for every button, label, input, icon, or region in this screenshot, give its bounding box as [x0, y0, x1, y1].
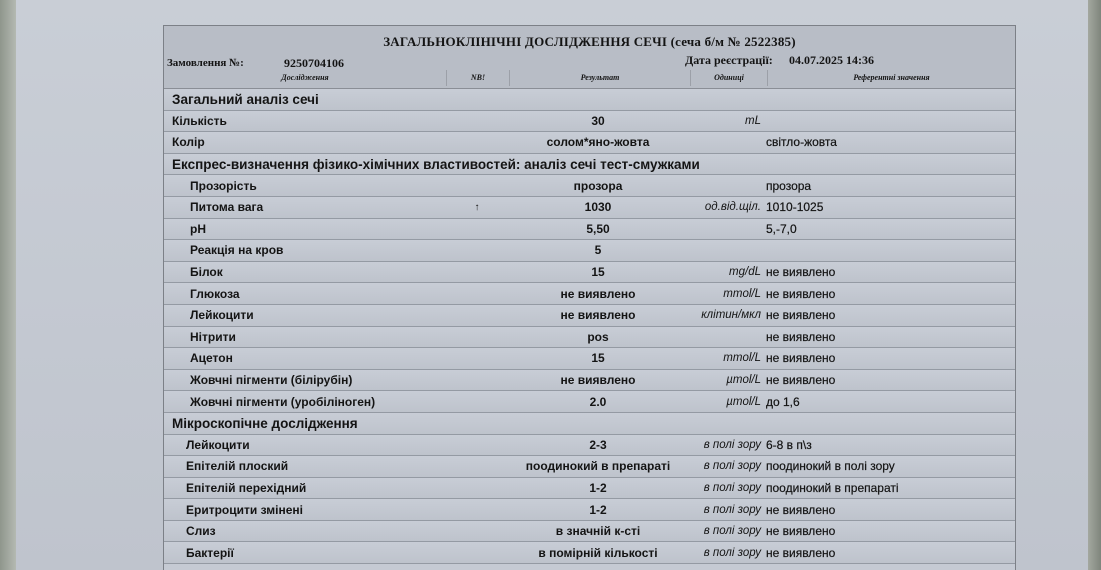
section-header: Мікроскопічне дослідження: [164, 413, 1015, 435]
test-result: в значній к-сті: [508, 524, 688, 538]
test-units: µmol/L: [688, 374, 764, 386]
reference-range: не виявлено: [764, 524, 1015, 538]
test-name: Колір: [164, 135, 446, 149]
table-row: Лейкоцитине виявленоклітин/мклне виявлен…: [164, 305, 1015, 327]
test-units: в полі зору: [688, 525, 764, 537]
test-result: в помірній кількості: [508, 546, 688, 560]
test-result: 5: [508, 243, 688, 257]
test-name: Питома вага: [164, 200, 446, 214]
table-row: Епітелій плоскийпоодинокий в препаратів …: [164, 456, 1015, 478]
reference-range: не виявлено: [764, 287, 1015, 301]
reference-range: не виявлено: [764, 351, 1015, 365]
reference-range: поодинокий в препараті: [764, 481, 1015, 495]
test-name: Бактерії: [164, 546, 446, 560]
test-name: Епітелій перехідний: [164, 481, 446, 495]
test-result: солом*яно-жовта: [508, 135, 688, 149]
background-surface: [0, 0, 16, 570]
test-result: 2-3: [508, 438, 688, 452]
test-result: 30: [508, 114, 688, 128]
table-row: Еритроцити змінені1-2в полі зоруне виявл…: [164, 499, 1015, 521]
order-number: 9250704106: [284, 56, 344, 71]
table-row: Прозорістьпрозорапрозора: [164, 175, 1015, 197]
reference-range: до 1,6: [764, 395, 1015, 409]
test-units: mL: [688, 115, 764, 127]
reference-range: не виявлено: [764, 546, 1015, 560]
table-row: Лейкоцити2-3в полі зору6-8 в п\з: [164, 435, 1015, 457]
test-result: 2.0: [508, 395, 688, 409]
column-header-result: Результат: [510, 70, 691, 86]
test-result: 15: [508, 351, 688, 365]
table-row: Питома вага↑1030од.від.щіл.1010-1025: [164, 197, 1015, 219]
test-name: Глюкоза: [164, 287, 446, 301]
table-row: Слизв значній к-стів полі зоруне виявлен…: [164, 521, 1015, 543]
test-name: Жовчні пігменти (білірубін): [164, 373, 446, 387]
registration-date: 04.07.2025 14:36: [789, 53, 874, 68]
column-header-test: Дослідження: [164, 70, 447, 86]
test-name: Лейкоцити: [164, 308, 446, 322]
column-header-units: Одиниці: [691, 70, 768, 86]
test-units: в полі зору: [688, 460, 764, 472]
test-units: в полі зору: [688, 547, 764, 559]
test-name: Ацетон: [164, 351, 446, 365]
test-units: в полі зору: [688, 504, 764, 516]
column-header-reference: Референтні значення: [768, 70, 1015, 86]
table-row: Колірсолом*яно-жовтасвітло-жовта: [164, 132, 1015, 154]
test-name: Прозорість: [164, 179, 446, 193]
reference-range: не виявлено: [764, 330, 1015, 344]
section-header: Загальний аналіз сечі: [164, 89, 1015, 111]
test-name: Слиз: [164, 524, 446, 538]
registration-date-label: Дата реєстрації:: [685, 53, 773, 68]
test-units: в полі зору: [688, 439, 764, 451]
table-row: Бактеріїв помірній кількостів полі зорун…: [164, 542, 1015, 564]
test-name: Реакція на кров: [164, 243, 446, 257]
reference-range: прозора: [764, 179, 1015, 193]
section-title: Експрес-визначення фізико-хімічних власт…: [164, 157, 1015, 172]
test-units: mg/dL: [688, 266, 764, 278]
test-result: прозора: [508, 179, 688, 193]
table-row: Реакція на кров5: [164, 240, 1015, 262]
section-title: Загальний аналіз сечі: [164, 92, 1015, 107]
reference-range: 5,-7,0: [764, 222, 1015, 236]
test-result: 15: [508, 265, 688, 279]
test-result: не виявлено: [508, 373, 688, 387]
column-headers: Дослідження NB! Результат Одиниці Рефере…: [164, 70, 1015, 86]
test-units: mmol/L: [688, 288, 764, 300]
urinalysis-report: ЗАГАЛЬНОКЛІНІЧНІ ДОСЛІДЖЕННЯ СЕЧІ (сеча …: [163, 25, 1016, 570]
test-units: од.від.щіл.: [688, 201, 764, 213]
results-table: Загальний аналіз сечіКількість30mLКолірс…: [164, 89, 1015, 564]
section-header: Експрес-визначення фізико-хімічних власт…: [164, 154, 1015, 176]
table-row: pH5,505,-7,0: [164, 219, 1015, 241]
column-header-nb: NB!: [447, 70, 510, 86]
test-units: mmol/L: [688, 352, 764, 364]
table-row: Епітелій перехідний1-2в полі зорупоодино…: [164, 478, 1015, 500]
test-result: не виявлено: [508, 287, 688, 301]
table-row: Нітритиposне виявлено: [164, 327, 1015, 349]
test-result: 1-2: [508, 503, 688, 517]
test-result: pos: [508, 330, 688, 344]
test-name: Кількість: [164, 114, 446, 128]
reference-range: не виявлено: [764, 308, 1015, 322]
order-number-label: Замовлення №:: [167, 57, 244, 69]
test-result: 5,50: [508, 222, 688, 236]
background-surface-right: [1088, 0, 1101, 570]
test-units: клітин/мкл: [688, 309, 764, 321]
reference-range: поодинокий в полі зору: [764, 459, 1015, 473]
test-name: Лейкоцити: [164, 438, 446, 452]
test-units: в полі зору: [688, 482, 764, 494]
reference-range: не виявлено: [764, 503, 1015, 517]
test-result: 1-2: [508, 481, 688, 495]
abnormal-flag: ↑: [446, 202, 508, 213]
test-units: µmol/L: [688, 396, 764, 408]
test-name: Еритроцити змінені: [164, 503, 446, 517]
table-row: Ацетон15mmol/Lне виявлено: [164, 348, 1015, 370]
test-name: Епітелій плоский: [164, 459, 446, 473]
test-name: pH: [164, 222, 446, 236]
report-header: ЗАГАЛЬНОКЛІНІЧНІ ДОСЛІДЖЕННЯ СЕЧІ (сеча …: [164, 26, 1015, 89]
reference-range: не виявлено: [764, 373, 1015, 387]
section-title: Мікроскопічне дослідження: [164, 416, 1015, 431]
reference-range: 1010-1025: [764, 200, 1015, 214]
test-result: 1030: [508, 200, 688, 214]
test-result: поодинокий в препараті: [508, 459, 688, 473]
table-row: Глюкозане виявленоmmol/Lне виявлено: [164, 283, 1015, 305]
reference-range: світло-жовта: [764, 135, 1015, 149]
table-row: Жовчні пігменти (білірубін)не виявленоµm…: [164, 370, 1015, 392]
table-row: Жовчні пігменти (уробіліноген)2.0µmol/Lд…: [164, 391, 1015, 413]
table-row: Білок15mg/dLне виявлено: [164, 262, 1015, 284]
test-name: Жовчні пігменти (уробіліноген): [164, 395, 446, 409]
report-title: ЗАГАЛЬНОКЛІНІЧНІ ДОСЛІДЖЕННЯ СЕЧІ (сеча …: [164, 34, 1015, 50]
test-result: не виявлено: [508, 308, 688, 322]
reference-range: 6-8 в п\з: [764, 438, 1015, 452]
table-bottom-padding: [164, 564, 1015, 570]
table-row: Кількість30mL: [164, 111, 1015, 133]
reference-range: не виявлено: [764, 265, 1015, 279]
test-name: Нітрити: [164, 330, 446, 344]
test-name: Білок: [164, 265, 446, 279]
